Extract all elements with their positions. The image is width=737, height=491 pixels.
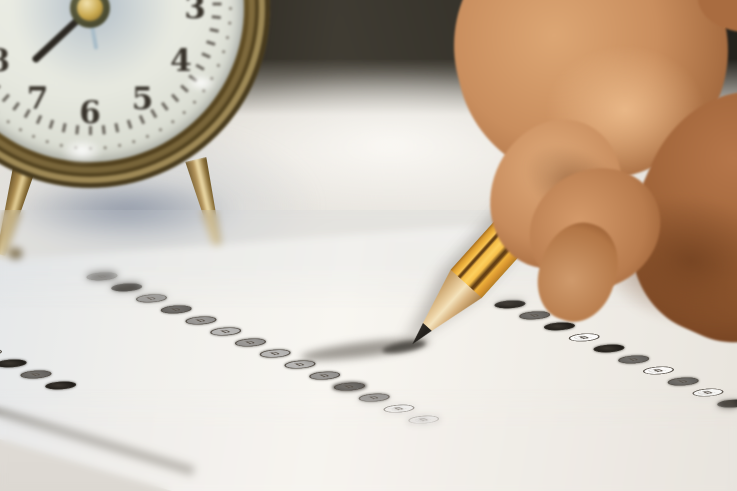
question-row: 31.ABCD <box>174 320 191 327</box>
question-row: 61.ABCD <box>533 326 550 333</box>
clock-minute-dot <box>18 127 22 131</box>
clock-numeral-6: 6 <box>70 93 110 133</box>
clock-numeral-3: 3 <box>175 0 215 28</box>
clock-minute-dot <box>228 21 231 24</box>
question-row: 63.ABCD <box>582 348 599 355</box>
question-row: 30.ABCD <box>149 309 166 316</box>
clock-glint <box>186 74 216 92</box>
clock-minute-dot <box>216 63 220 67</box>
question-row: 33.ABCD <box>224 342 241 349</box>
clock-numeral-9: 9 <box>0 0 5 28</box>
question-row: 35.ABCD <box>273 364 290 371</box>
clock-numeral-5: 5 <box>123 79 163 119</box>
clock-minute-dot <box>117 143 121 147</box>
question-row: 65.ABCD <box>632 370 649 377</box>
clock-minute-dot <box>225 35 229 39</box>
clock-minute-dot <box>158 127 162 131</box>
clock-minute-dot <box>131 139 135 143</box>
clock-numeral-7: 7 <box>18 79 58 119</box>
clock-minute-dot <box>221 49 225 53</box>
question-row: 60.ABCD <box>508 315 525 322</box>
bubble-D: D <box>15 369 56 380</box>
clock-minute-dot <box>170 119 174 123</box>
question-row: 34.ABCD <box>248 353 265 360</box>
question-row: 32.ABCD <box>199 331 216 338</box>
clock-minute-dot <box>45 139 49 143</box>
clock-minute-dot <box>31 134 35 138</box>
clock-minute-dot <box>192 100 196 104</box>
question-row: 36.ABCD <box>298 375 315 382</box>
clock-numeral-8: 8 <box>0 41 19 81</box>
bubble-D: D <box>0 358 32 369</box>
question-row: 62.ABCD <box>557 337 574 344</box>
question-row: ABCD <box>9 374 26 381</box>
photo-scene: A right hand holding a yellow striped pe… <box>0 0 737 491</box>
out-of-focus-bottom <box>0 388 737 491</box>
clock-minute-dot <box>229 7 232 10</box>
bubble-D: D <box>0 347 7 358</box>
clock-minute-dot <box>145 134 149 138</box>
clock-glint <box>60 138 104 164</box>
clock-minute-dot <box>6 119 10 123</box>
question-row: ABCD <box>0 363 1 370</box>
clock-minute-dot <box>182 110 186 114</box>
